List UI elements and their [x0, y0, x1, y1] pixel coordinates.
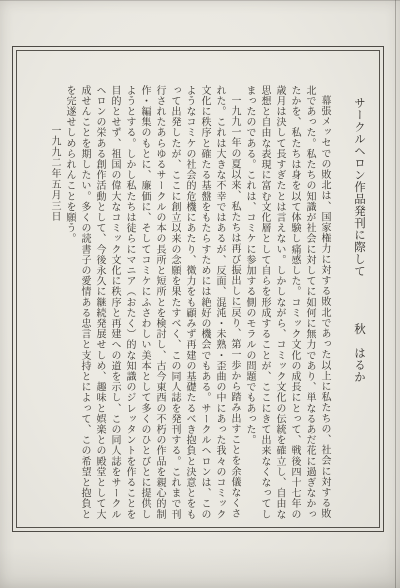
- body-paragraph: 幕張メッセでの敗北は、国家権力に対する敗北であった以上に私たちの、社会に対する敗…: [242, 85, 332, 520]
- scan-edge-top: [0, 0, 400, 1]
- vertical-text-area: サークルヘロン作品発刊に際して秋 はるか 幕張メッセでの敗北は、国家権力に対する…: [30, 85, 366, 520]
- date-line: 一九九二年五月三日: [47, 85, 62, 520]
- heading-column: サークルヘロン作品発刊に際して秋 はるか: [351, 85, 366, 520]
- page-title: サークルヘロン作品発刊に際して: [353, 97, 365, 277]
- author-name: 秋 はるか: [353, 323, 365, 383]
- body-text: 幕張メッセでの敗北は、国家権力に対する敗北であった以上に私たちの、社会に対する敗…: [62, 85, 332, 520]
- scanned-document-page: サークルヘロン作品発刊に際して秋 はるか 幕張メッセでの敗北は、国家権力に対する…: [0, 0, 400, 588]
- scan-shade-bottom: [0, 548, 400, 588]
- publication-date: 一九九二年五月三日: [49, 125, 60, 222]
- body-paragraph: 一九九一年の夏以来、私たちは再び振出しに戻り、第一歩から踏み出すことを余儀なくさ…: [62, 85, 242, 520]
- scan-edge-right: [395, 0, 396, 588]
